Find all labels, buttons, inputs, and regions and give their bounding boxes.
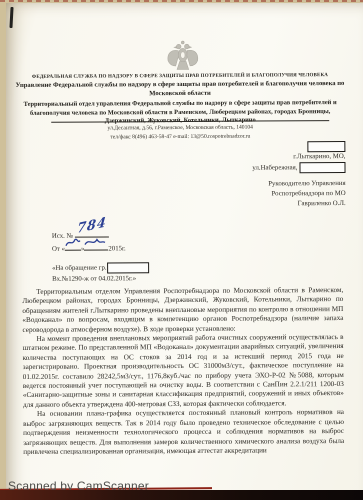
handwritten-outgoing-number: 784 [76,217,107,235]
date-day-blank [65,242,81,251]
date-year: 2015г. [108,245,125,252]
addressee-line: Руководителю Управления [252,179,345,190]
redaction-box-citizen [107,262,149,273]
body-paragraph: Территориальным отделом Управления Роспо… [22,286,343,335]
handwritten-month-scribble [84,237,106,247]
body-paragraph: На основании плана-графика осуществляетс… [23,408,344,457]
appeal-reference-line-2: Вх.№1290-ж от 04.02.2015г.» [52,273,149,285]
redaction-box-name [307,141,345,152]
department-name: Управление Федеральной службы по надзору… [13,80,347,99]
redaction-box-house [299,162,345,173]
recipient-block: г.Лыткарино, МО, ул.Набережная, Руководи… [252,141,346,210]
letter-body: Территориальным отделом Управления Роспо… [22,286,344,457]
recipient-street: ул.Набережная, [252,164,297,171]
document-content: ФЕДЕРАЛЬНАЯ СЛУЖБА ПО НАДЗОРУ В СФЕРЕ ЗА… [0,0,363,500]
outgoing-date-line: От «»2015г. [52,241,149,255]
appeal-reference-line-1: «На обращение гр. [52,265,106,272]
letterhead: ФЕДЕРАЛЬНАЯ СЛУЖБА ПО НАДЗОРУ В СФЕРЕ ЗА… [13,73,347,127]
date-prefix: От « [52,246,65,253]
appeal-reference: «На обращение гр. Вх.№1290-ж от 04.02.20… [52,262,150,285]
scanned-letter-page: ФЕДЕРАЛЬНАЯ СЛУЖБА ПО НАДЗОРУ В СФЕРЕ ЗА… [0,0,363,500]
agency-name: ФЕДЕРАЛЬНАЯ СЛУЖБА ПО НАДЗОРУ В СФЕРЕ ЗА… [13,73,347,80]
state-emblem-eagle-icon [165,39,201,73]
recipient-city: г.Лыткарино, МО, [252,152,345,163]
reference-block: Исх. № 784 От «»2015г. «На обращение гр.… [52,228,150,285]
body-paragraph: На момент проведения внеплановых меропри… [23,333,344,410]
handwritten-day-scribble [65,238,81,248]
letterhead-contacts: ул.Десантная, д.56, г.Раменское, Московс… [13,123,347,142]
date-month-blank [84,241,108,250]
addressee-line: Гавриленко О.Л. [253,199,346,210]
bottom-scan-bar [0,490,363,500]
addressee-line: Роспотребнадзора по МО [253,189,346,200]
outgoing-number-blank: 784 [75,228,109,237]
